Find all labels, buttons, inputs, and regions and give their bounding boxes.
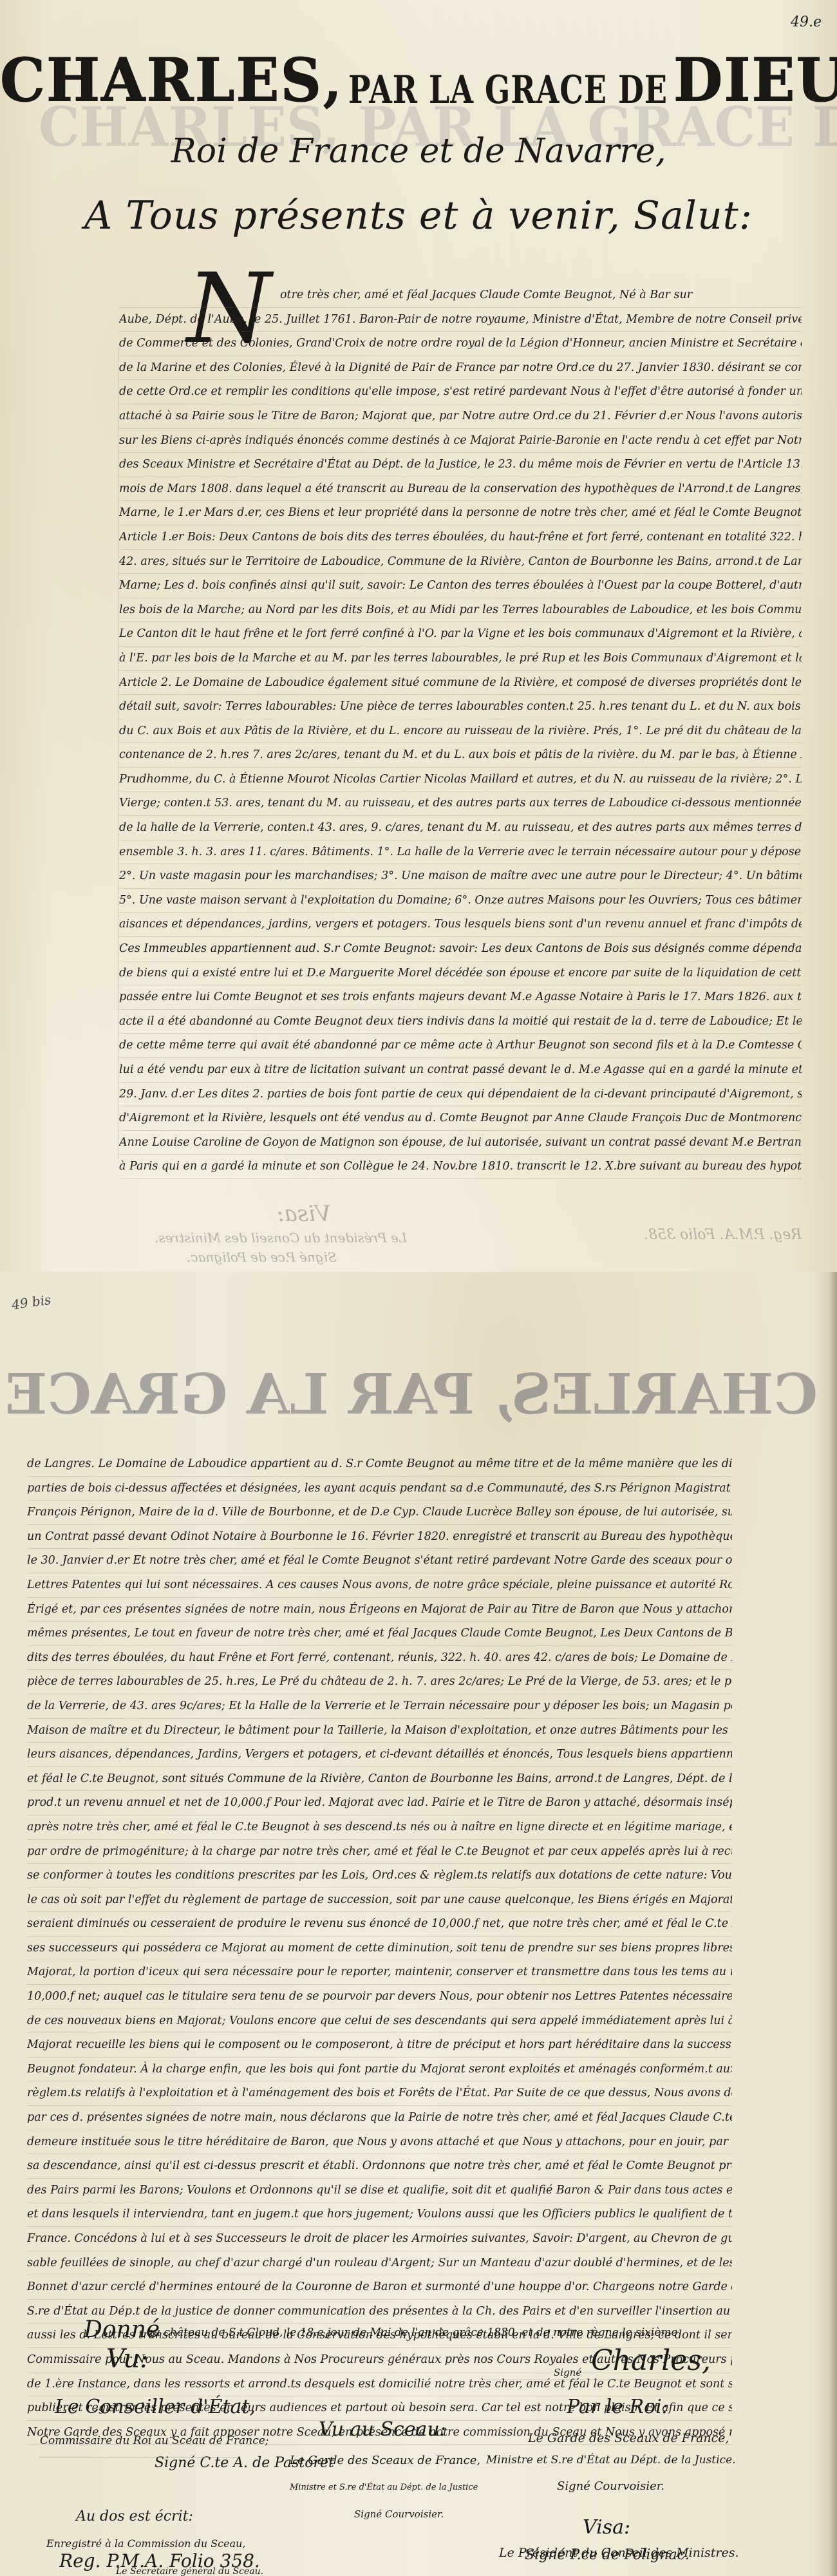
vu-label: Vu: (106, 2344, 149, 2374)
text-line: de Commerce et des Colonies, Grand'Croix… (119, 332, 802, 356)
text-line: 5°. Une vaste maison servant à l'exploit… (119, 889, 802, 913)
text-line: et féal le C.te Beugnot, sont situés Com… (27, 1767, 732, 1792)
text-line: de ces nouveaux biens en Majorat; Voulon… (27, 2009, 732, 2034)
text-line: ensemble 3. h. 3. ares 11. c/ares. Bâtim… (119, 840, 802, 865)
visa-label: Visa: (583, 2516, 630, 2539)
text-line: Article 1.er Bois: Deux Cantons de bois … (119, 526, 802, 550)
bleedthrough-reg: Reg. P.M.A. Folio 358. (644, 1227, 802, 1243)
donne-text: au château de S.t Cloud, le 18.e jour de… (147, 2326, 677, 2339)
mirrored-title-bleedthrough: CHARLES, PAR LA GRACE DE DIEU, (26, 1362, 818, 1427)
text-line: Marne, le 1.er Mars d.er, ces Biens et l… (119, 501, 802, 526)
document-page-2: 49 bis CHARLES, PAR LA GRACE DE DIEU, de… (0, 1272, 837, 2576)
text-line: Vierge; conten.t 53. ares, tenant du M. … (119, 791, 802, 816)
text-line: Anne Louise Caroline de Goyon de Matigno… (119, 1131, 802, 1155)
text-line: par ordre de primogéniture; à la charge … (27, 1840, 732, 1864)
subtitle-roi-de-france: Roi de France et de Navarre, (0, 132, 837, 171)
title-dieu: DIEU (673, 44, 837, 115)
folio-number: 49.e (791, 14, 822, 30)
text-line: Majorat, la portion d'iceux qui sera néc… (27, 1960, 732, 1985)
commissaire-role: Commissaire du Roi au Sceau de France; (40, 2434, 269, 2447)
text-line: et dans lesquels il interviendra, tant e… (27, 2202, 732, 2227)
text-line: prod.t un revenu annuel et net de 10,000… (27, 1791, 732, 1815)
page2-body-text: de Langres. Le Domaine de Laboudice appa… (27, 1452, 732, 2445)
text-line: François Pérignon, Maire de la d. Ville … (27, 1501, 732, 1525)
folio-number: 49 bis (11, 1292, 52, 1312)
ministre-role: Ministre et S.re d'État au Dépt. de la J… (486, 2454, 736, 2467)
text-line: Marne; Les d. bois confinés ainsi qu'il … (119, 574, 802, 598)
text-line: Ces Immeubles appartiennent aud. S.r Com… (119, 937, 802, 961)
au-dos-label: Au dos est écrit: (76, 2508, 193, 2524)
vu-au-sceau-label: Vu au Sceau: (319, 2418, 446, 2441)
bleedthrough-president: Le Président du Conseil des Ministres. (155, 1230, 407, 1245)
title-par-la-grace-de: PAR LA GRACE DE (348, 67, 668, 112)
text-line: sur les Biens ci-après indiqués énoncés … (119, 429, 802, 453)
rule (39, 2457, 238, 2458)
text-line: Prudhomme, du C. à Étienne Mourot Nicola… (119, 768, 802, 792)
ministre-role: Ministre et S.re d'État au Dépt. de la J… (290, 2483, 478, 2492)
text-line: Lettres Patentes qui lui sont nécessaire… (27, 1573, 732, 1598)
text-line: sable feuillées de sinople, au chef d'az… (27, 2251, 732, 2276)
text-line: de cette Ord.ce et remplir les condition… (119, 380, 802, 404)
text-line: Aube, Dépt. de l'Aube, le 25. Juillet 17… (119, 308, 802, 332)
text-line: seraient diminués ou cesseraient de prod… (27, 1912, 732, 1937)
courvoisier-signature: Signé Courvoisier. (557, 2479, 664, 2493)
text-line: le cas où soit par l'effet du règlement … (27, 1888, 732, 1913)
bleedthrough-visa: Visa: (277, 1201, 331, 1227)
text-line: mêmes présentes, Le tout en faveur de no… (27, 1622, 732, 1646)
text-line: du C. aux Bois et aux Pâtis de la Rivièr… (119, 719, 802, 744)
text-line: Maison de maître et du Directeur, le bât… (27, 1719, 732, 1743)
par-le-roi: Par le Roi: (567, 2396, 668, 2418)
text-line: passée entre lui Comte Beugnot et ses tr… (119, 985, 802, 1010)
text-line: Majorat recueille les biens qui le compo… (27, 2033, 732, 2058)
title-charles: CHARLES (0, 44, 323, 115)
garde-des-sceaux-title: Le Garde des Sceaux de France, (290, 2454, 480, 2467)
text-line: des Pairs parmi les Barons; Voulons et O… (27, 2179, 732, 2203)
text-line: ses successeurs qui possédera ce Majorat… (27, 1937, 732, 1961)
text-line: Beugnot fondateur. À la charge enfin, qu… (27, 2058, 732, 2082)
text-line: de cette même terre qui avait été abando… (119, 1034, 802, 1058)
king-signature-charles: Charles, (591, 2344, 711, 2377)
text-line: sa descendance, ainsi qu'il est ci-dessu… (27, 2154, 732, 2179)
text-line: un Contrat passé devant Odinot Notaire à… (27, 1525, 732, 1549)
text-line: se conformer à toutes les conditions pre… (27, 1864, 732, 1888)
polignac-signature: Signé P.ce de Polignac. (525, 2547, 690, 2563)
text-line: lui a été vendu par eux à titre de licit… (119, 1058, 802, 1083)
text-line: les bois de la Marche; au Nord par les d… (119, 598, 802, 623)
text-line: à l'E. par les bois de la Marche et au M… (119, 647, 802, 671)
text-line: otre très cher, amé et féal Jacques Clau… (119, 283, 802, 308)
text-line: d'Aigremont et la Rivière, lesquels ont … (119, 1106, 802, 1131)
text-line: après notre très cher, amé et féal le C.… (27, 1815, 732, 1840)
secretaire-general: Le Secrétaire général du Sceau. (116, 2566, 263, 2576)
text-line: 42. ares, situés sur le Territoire de La… (119, 550, 802, 574)
text-line: aisances et dépendances, jardins, verger… (119, 913, 802, 937)
text-line: 10,000.f net; auquel cas le titulaire se… (27, 1985, 732, 2009)
text-line: 2°. Un vaste magasin pour les marchandis… (119, 864, 802, 889)
text-line: 29. Janv. d.er Les dites 2. parties de b… (119, 1083, 802, 1107)
margin-rule (118, 348, 118, 1159)
text-line: dits des terres éboulées, du haut Frêne … (27, 1646, 732, 1671)
document-page-1: CHARLES, PAR LA GRACE DE DIEU, 49.e CHAR… (0, 0, 837, 1272)
text-line: Article 2. Le Domaine de Laboudice égale… (119, 671, 802, 696)
bleedthrough-signed: Signé P.ce de Polignac. (187, 1249, 337, 1265)
text-line: de Langres. Le Domaine de Laboudice appa… (27, 1452, 732, 1477)
rule (483, 2380, 695, 2380)
title-comma: , (323, 46, 343, 113)
salutation: A Tous présents et à venir, Salut: (0, 193, 837, 238)
text-line: de biens qui a existé entre lui et D.e M… (119, 961, 802, 986)
text-line: mois de Mars 1808. dans lequel a été tra… (119, 477, 802, 502)
text-line: demeure instituée sous le titre hérédita… (27, 2130, 732, 2155)
engraved-title: CHARLES, PAR LA GRACE DE DIEU, (0, 46, 837, 108)
text-line: France. Concédons à lui et à ses Success… (27, 2227, 732, 2251)
text-line: pièce de terres labourables de 25. h.res… (27, 1670, 732, 1694)
text-line: de la Verrerie, de 43. ares 9c/ares; Et … (27, 1694, 732, 1719)
garde-des-sceaux-title: Le Garde des Sceaux de France, (528, 2431, 729, 2445)
text-line: de la halle de la Verrerie, conten.t 43.… (119, 816, 802, 840)
text-line: attaché à sa Pairie sous le Titre de Bar… (119, 404, 802, 429)
text-line: à Paris qui en a gardé la minute et son … (119, 1155, 802, 1179)
text-line: acte il a été abandonné au Comte Beugnot… (119, 1010, 802, 1034)
page1-body-text: otre très cher, amé et féal Jacques Clau… (119, 283, 802, 1179)
text-line: détail suit, savoir: Terres labourables:… (119, 695, 802, 719)
text-line: contenance de 2. h.res 7. ares 2c/ares, … (119, 743, 802, 768)
text-line: parties de bois ci-dessus affectées et d… (27, 1477, 732, 1501)
enregistre-label: Enregistré à la Commission du Sceau, (46, 2537, 246, 2550)
signe-label: Signé (554, 2367, 581, 2378)
text-line: Érigé et, par ces présentes signées de n… (27, 1598, 732, 1622)
text-line: leurs aisances, dépendances, Jardins, Ve… (27, 1743, 732, 1767)
text-line: des Sceaux Ministre et Secrétaire d'État… (119, 453, 802, 477)
text-line: de la Marine et des Colonies, Élevé à la… (119, 356, 802, 381)
conseiller-title: Le Conseiller d'État, (55, 2396, 256, 2418)
text-line: Bonnet d'azur cerclé d'hermines entouré … (27, 2275, 732, 2300)
text-line: Le Canton dit le haut frêne et le fort f… (119, 622, 802, 647)
text-line: le 30. Janvier d.er Et notre très cher, … (27, 1549, 732, 1573)
text-line: par ces d. présentes signées de notre ma… (27, 2106, 732, 2130)
text-line: règlem.ts relatifs à l'exploitation et à… (27, 2081, 732, 2106)
courvoisier-signature: Signé Courvoisier. (354, 2508, 444, 2520)
